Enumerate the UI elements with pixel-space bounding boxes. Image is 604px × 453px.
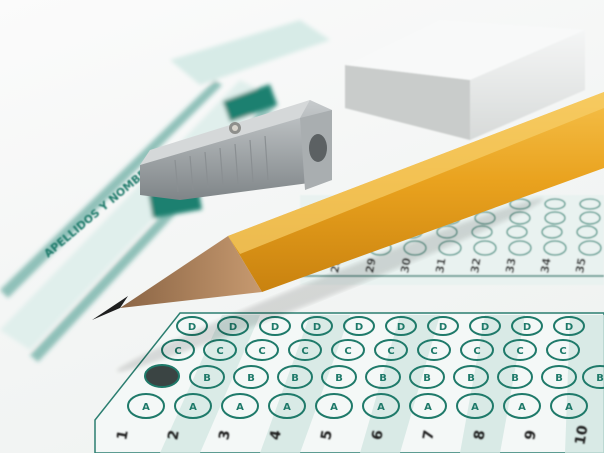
- svg-text:B: B: [467, 373, 475, 384]
- svg-text:D: D: [439, 322, 447, 333]
- svg-text:A: A: [189, 402, 197, 413]
- svg-text:D: D: [523, 322, 531, 333]
- marked-bubble: [145, 365, 179, 387]
- svg-text:A: A: [565, 402, 573, 413]
- svg-text:D: D: [313, 322, 321, 333]
- svg-text:C: C: [387, 346, 394, 357]
- svg-text:C: C: [559, 346, 566, 357]
- svg-text:C: C: [258, 346, 265, 357]
- svg-text:D: D: [481, 322, 489, 333]
- svg-text:B: B: [596, 373, 604, 384]
- svg-text:B: B: [203, 373, 211, 384]
- svg-text:A: A: [471, 402, 479, 413]
- svg-text:D: D: [397, 322, 405, 333]
- svg-text:B: B: [335, 373, 343, 384]
- svg-text:B: B: [291, 373, 299, 384]
- question-number: 34: [538, 256, 554, 274]
- svg-text:A: A: [236, 402, 244, 413]
- svg-text:C: C: [301, 346, 308, 357]
- svg-text:C: C: [516, 346, 523, 357]
- svg-text:D: D: [565, 322, 573, 333]
- svg-text:A: A: [283, 402, 291, 413]
- question-number: 33: [503, 257, 518, 274]
- svg-text:A: A: [377, 402, 385, 413]
- question-number: 32: [468, 257, 483, 274]
- svg-text:B: B: [555, 373, 563, 384]
- svg-text:C: C: [430, 346, 437, 357]
- svg-text:D: D: [271, 322, 279, 333]
- svg-text:B: B: [511, 373, 519, 384]
- svg-text:B: B: [379, 373, 387, 384]
- svg-text:A: A: [518, 402, 526, 413]
- svg-text:D: D: [355, 322, 363, 333]
- lower-bubble-grid: DDDDDDDDDD CCCCCCCCCC BBBBBBBBBB AAAAAAA…: [95, 313, 604, 453]
- question-number: 10: [572, 424, 591, 446]
- question-number: 35: [573, 257, 588, 274]
- photo-scene: APELLIDOS Y NOMBRES 28 29 30 31 32 33 34…: [0, 0, 604, 453]
- question-number: 31: [433, 257, 448, 274]
- svg-text:A: A: [330, 402, 338, 413]
- svg-text:C: C: [473, 346, 480, 357]
- svg-text:C: C: [216, 346, 223, 357]
- svg-text:C: C: [344, 346, 351, 357]
- svg-text:A: A: [424, 402, 432, 413]
- svg-text:B: B: [423, 373, 431, 384]
- svg-text:A: A: [142, 402, 150, 413]
- svg-text:B: B: [247, 373, 255, 384]
- answer-sheet-photo: APELLIDOS Y NOMBRES 28 29 30 31 32 33 34…: [0, 0, 604, 453]
